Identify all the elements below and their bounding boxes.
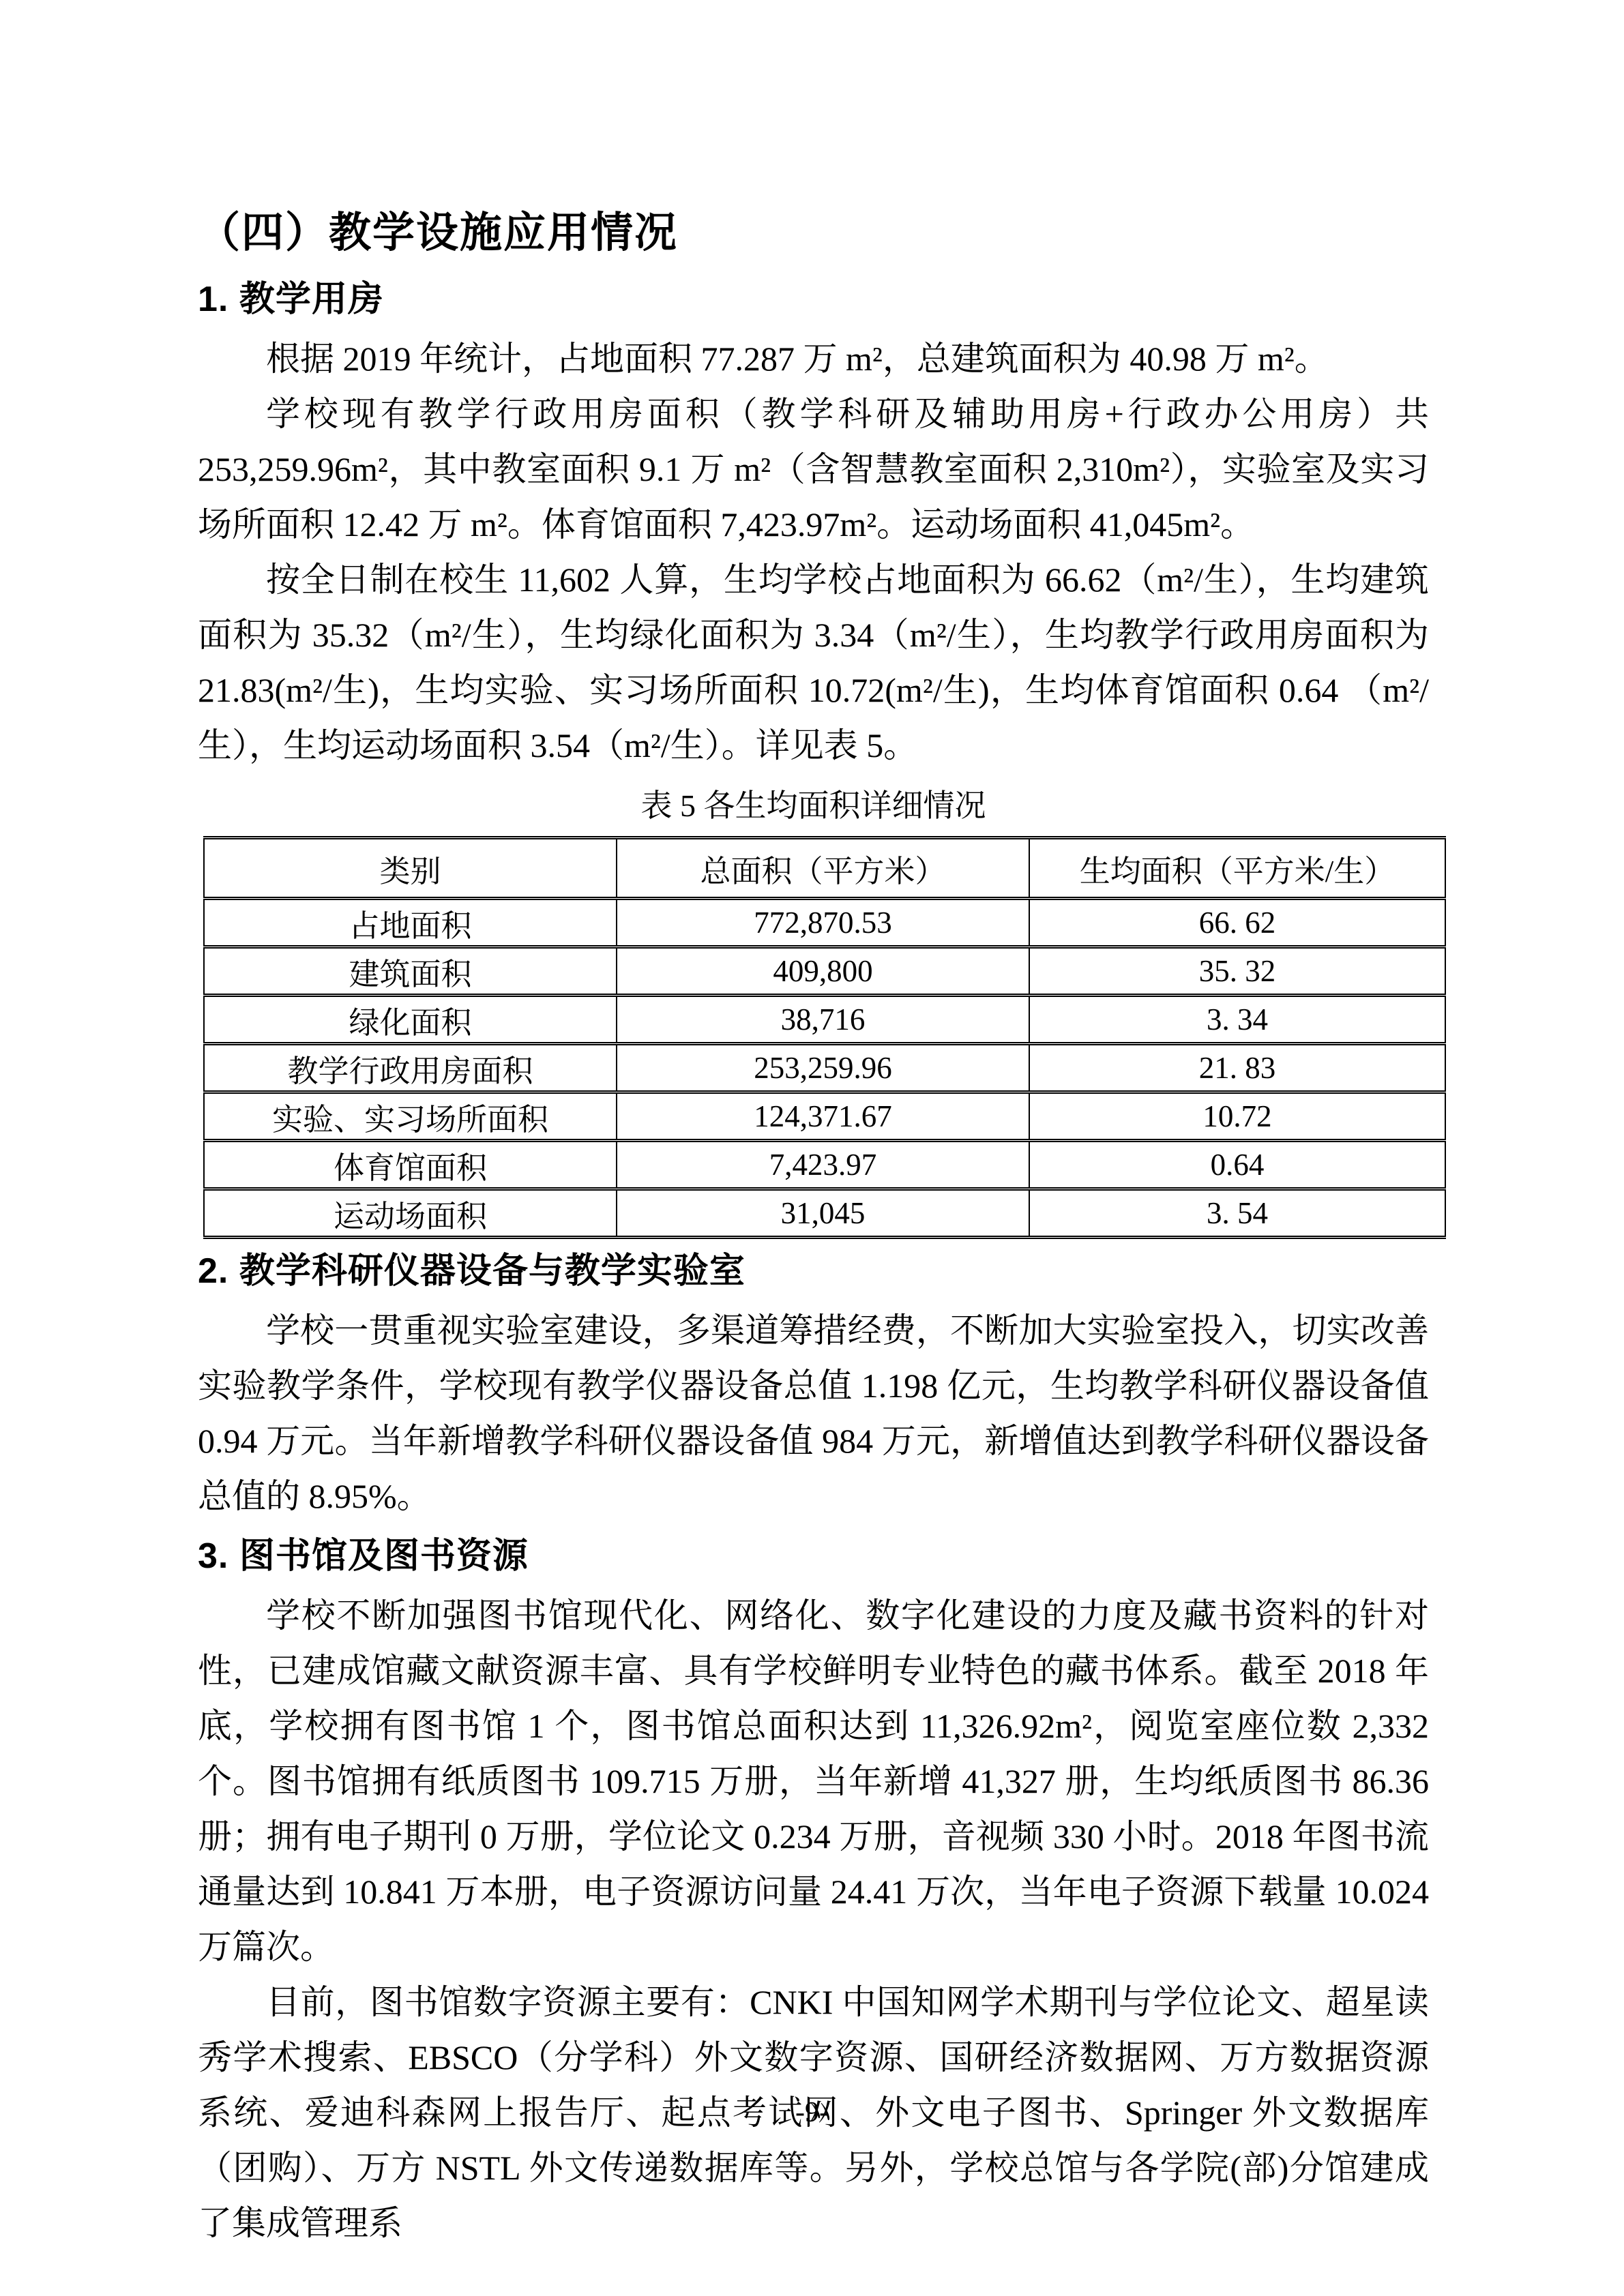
table-cell: 7,423.97 [617, 1141, 1029, 1189]
section-heading-library-resources: 3. 图书馆及图书资源 [198, 1524, 1429, 1588]
paragraph: 根据 2019 年统计，占地面积 77.287 万 m²，总建筑面积为 40.9… [198, 331, 1429, 387]
table-cell: 38,716 [617, 996, 1029, 1044]
section-heading-instruments-labs: 2. 教学科研仪器设备与教学实验室 [198, 1239, 1429, 1303]
table-row: 教学行政用房面积 253,259.96 21. 83 [204, 1044, 1445, 1092]
table-header-total-area: 总面积（平方米） [617, 838, 1029, 899]
table-cell: 0.64 [1029, 1141, 1445, 1189]
table-cell: 运动场面积 [204, 1189, 617, 1238]
paragraph: 学校一贯重视实验室建设，多渠道筹措经费，不断加大实验室投入，切实改善实验教学条件… [198, 1303, 1429, 1524]
table-row: 占地面积 772,870.53 66. 62 [204, 899, 1445, 947]
table-cell: 教学行政用房面积 [204, 1044, 617, 1092]
table-cell: 建筑面积 [204, 947, 617, 996]
table-row: 体育馆面积 7,423.97 0.64 [204, 1141, 1445, 1189]
table-cell: 124,371.67 [617, 1092, 1029, 1141]
table-header-row: 类别 总面积（平方米） 生均面积（平方米/生） [204, 838, 1445, 899]
table-cell: 体育馆面积 [204, 1141, 617, 1189]
table-cell: 66. 62 [1029, 899, 1445, 947]
table-cell: 21. 83 [1029, 1044, 1445, 1092]
page-number: -9- [0, 2095, 1624, 2130]
table-cell: 3. 54 [1029, 1189, 1445, 1238]
table-title: 表 5 各生均面积详细情况 [198, 784, 1429, 828]
table-cell: 253,259.96 [617, 1044, 1029, 1092]
table-row: 建筑面积 409,800 35. 32 [204, 947, 1445, 996]
paragraph: 学校不断加强图书馆现代化、网络化、数字化建设的力度及藏书资料的针对性，已建成馆藏… [198, 1588, 1429, 1975]
table-cell: 35. 32 [1029, 947, 1445, 996]
table-header-per-student-area: 生均面积（平方米/生） [1029, 838, 1445, 899]
table-row: 运动场面积 31,045 3. 54 [204, 1189, 1445, 1238]
table-cell: 10.72 [1029, 1092, 1445, 1141]
table-cell: 3. 34 [1029, 996, 1445, 1044]
table-cell: 772,870.53 [617, 899, 1029, 947]
paragraph: 按全日制在校生 11,602 人算，生均学校占地面积为 66.62（m²/生），… [198, 552, 1429, 773]
table-cell: 31,045 [617, 1189, 1029, 1238]
section-heading-teaching-rooms: 1. 教学用房 [198, 267, 1429, 331]
table-row: 绿化面积 38,716 3. 34 [204, 996, 1445, 1044]
table-cell: 实验、实习场所面积 [204, 1092, 617, 1141]
table-cell: 绿化面积 [204, 996, 617, 1044]
page-title: （四）教学设施应用情况 [198, 199, 1429, 267]
document-page: （四）教学设施应用情况 1. 教学用房 根据 2019 年统计，占地面积 77.… [0, 0, 1624, 2251]
per-student-area-table: 类别 总面积（平方米） 生均面积（平方米/生） 占地面积 772,870.53 … [203, 836, 1446, 1239]
table-header-category: 类别 [204, 838, 617, 899]
table-cell: 409,800 [617, 947, 1029, 996]
table-row: 实验、实习场所面积 124,371.67 10.72 [204, 1092, 1445, 1141]
table-cell: 占地面积 [204, 899, 617, 947]
paragraph: 学校现有教学行政用房面积（教学科研及辅助用房+行政办公用房）共 253,259.… [198, 387, 1429, 552]
